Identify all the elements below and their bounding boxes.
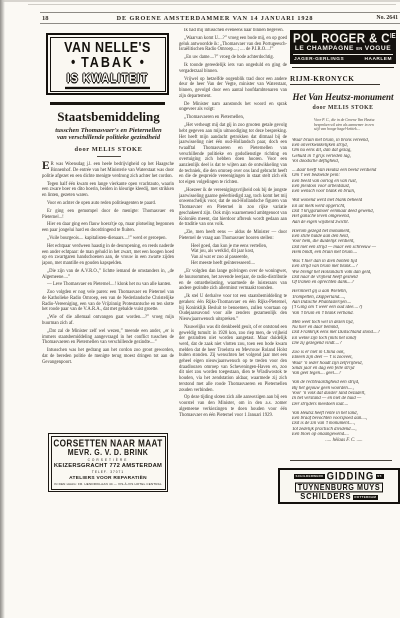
pol-roger-name: POL ROGER & CIE [293,32,393,46]
article-paragraph: Er ging een gemompel door de menigte: Th… [42,209,174,220]
poem-intro: Voor P. C., die in de Groene Van Heutszb… [314,118,396,132]
page-number: 18 [42,15,76,22]
poem-byline: door MELIS STOKE [290,105,396,111]
body-paragraph: „Het verheugt mij dat gij in zoo grooten… [179,123,287,186]
gidding-name: GIDDING [327,471,375,482]
corsetten-subtitle: CORSETIÈRE [53,458,164,462]
article-paragraph-first-text: R was Woensdag j.l. een heele bedrijvigh… [42,162,174,178]
pol-roger-dealer-strip: JAGER-GERLINGS HAARLEM [293,54,393,64]
middle-paragraphs-before: Ik had mij intusschen eveneens naar binn… [179,28,287,242]
body-paragraph: „En uw dame....?” vroeg de bode achterdo… [179,55,287,61]
corsetten-ad: CORSETTEN NAAR MAAT MEVR. G. V. D. BRINK… [48,433,168,492]
van-nelle-line3: IS KWALITEIT [65,71,150,88]
article-subtitle: tusschen Thomasvaer's en Pieternellen va… [42,127,175,142]
masthead: 18 DE GROENE AMSTERDAMMER VAN 14 JANUARI… [40,12,400,24]
corsetten-phone: TELEF. 37071 [53,470,164,474]
poem-stanzas: Waar bruin met bruin, in brons vereend,E… [292,138,396,438]
pol-roger-tagline: LE CHAMPAGNE EN VOGUE [293,45,393,52]
section-divider [50,102,165,105]
pol-roger-tagline-c: VOGUE [365,45,391,52]
article-paragraph-first: ER was Woensdag j.l. een heele bedrijvig… [42,162,174,179]
pol-roger-dealer: JAGER-GERLINGS [294,57,344,62]
body-paragraph: „Ik stel U derhalve voor tot een staatsb… [179,294,287,323]
right-column: POL ROGER & CIE LE CHAMPAGNE EN VOGUE JA… [290,28,396,461]
van-nelle-ad-frame: VAN NELLE'S ● TABAK ● IS KWALITEIT [50,37,166,92]
gidding-row3: SCHILDERS ROTTERDAM [282,493,396,501]
article-paragraph: Zoo volgden er nog vele paren: een Thoma… [42,290,174,313]
scan-border-line [28,4,396,5]
article-byline: door MELIS STOKE [42,146,175,153]
article-paragraphs: Tegen half één kwam een lange vierkante … [42,182,174,366]
corsetten-ateliers: ATELIERS VOOR REPARATIËN [53,476,164,481]
poem-intro-line: stijl van hooge hagel-kritiek.... [314,127,396,132]
article-paragraph: — Leve Thomasvaer en Pieternel....! klon… [42,282,174,288]
middle-paragraphs-after: „Er volgden dan lange golvingen over de … [179,269,287,418]
article-paragraph: Intusschen was het gedrang aan het cordo… [42,348,174,365]
body-paragraph: Ik toonde gereedelijk iets van ongeduld … [179,63,287,74]
body-paragraph: Ik had mij intusschen eveneens naar binn… [179,28,287,34]
gidding-city-chip: ROTTERDAM [353,495,378,500]
corsetten-headline: CORSETTEN NAAR MAAT [53,438,164,449]
body-paragraph: De Minister nam aanstonds het woord en s… [179,102,287,113]
poem-body: Waar bruin met bruin, in brons vereend,E… [290,138,396,456]
van-nelle-line1: VAN NELLE'S [53,38,163,55]
article-title: Staatsbemiddeling [42,110,175,124]
body-paragraph: „Er volgden dan lange golvingen over de … [179,269,287,292]
pol-roger-sup: IE [390,33,396,40]
article-subtitle-line2: van verschillende politieke gezindheid [42,134,175,141]
article-paragraph: Hier en daar ging een flauw hoera'tje op… [42,222,174,233]
body-paragraph: „Zie, men heeft eens — aldus de Minister… [179,230,287,241]
left-column: VAN NELLE'S ● TABAK ● IS KWALITEIT Staat… [42,30,175,445]
newspaper-title: DE GROENE AMSTERDAMMER VAN 14 JANUARI 19… [76,15,354,22]
article-paragraph: „Wie of die allemaal ontvangen gaat word… [42,315,174,326]
corsetten-name: MEVR. G. V. D. BRINK [53,449,164,457]
article-subtitle-line1: tusschen Thomasvaer's en Pieternellen [42,127,175,134]
article-paragraph: Het echtpaar verdween haastig in de deur… [42,244,174,267]
gidding-ad: SCHILDERWERK GIDDING ST. TUYNENBURG MUYS… [278,468,400,504]
pol-roger-tagline-b: EN [356,46,362,51]
body-paragraph: Nauwelijks was dit denkbeeld geuit, of e… [179,325,287,393]
pol-roger-city: HAARLEM [365,57,392,62]
rubric-heading: RIJM-KRONYCK [290,75,380,86]
poem-title: Het Van Heutsz-monument [290,92,396,102]
body-paragraph: „Thomasvaeren en Pieternellen, [179,115,287,121]
pol-roger-name-text: POL ROGER & C [293,32,390,46]
ad-underline [292,67,394,68]
gidding-row1: SCHILDERWERK GIDDING ST. [282,472,396,482]
article-paragraph: „Dat zal de Minister zelf wel wezen,” me… [42,329,174,346]
article-body: ER was Woensdag j.l. een heele bedrijvig… [42,161,175,445]
scan-edge-top [0,0,400,2]
article-paragraph: Voor en achter de open auto reden politi… [42,201,174,207]
pol-roger-ad: POL ROGER & CIE LE CHAMPAGNE EN VOGUE JA… [290,30,396,64]
article-paragraph: „Vuile bourgeois.... kapitalisten-dienaa… [42,236,174,242]
corsetten-ad-frame: CORSETTEN NAAR MAAT MEVR. G. V. D. BRINK… [51,436,166,490]
gidding-chip-left: SCHILDERWERK [294,474,325,479]
pol-roger-tagline-a: LE CHAMPAGNE [295,45,354,52]
bullet-icon: ● [139,56,144,67]
corsetten-address: KEIZERSGRACHT 772 AMSTERDAM [53,463,164,469]
gidding-chip-right: ST. [376,474,384,479]
van-nelle-tabak: TABAK [81,53,134,70]
scan-edge-left [0,0,5,618]
van-nelle-ad: VAN NELLE'S ● TABAK ● IS KWALITEIT [46,33,169,95]
body-paragraph: „Hoezeer ik de vereenigingsvrijheid ook … [179,188,287,228]
van-nelle-line2: ● TABAK ● [53,53,163,70]
newspaper-page: 18 DE GROENE AMSTERDAMMER VAN 14 JANUARI… [0,0,400,618]
gidding-trade: SCHILDERS [300,493,351,501]
bullet-icon: ● [71,56,76,67]
column-rule [290,460,392,461]
article-paragraph: „Die zijn van de A.V.R.O.,” lichtte iema… [42,269,174,280]
corsetten-footer: IN DEN HAAG: FR. HENDRIKLAAN 44 — VIS-À-… [53,482,164,486]
dropcap: E [42,162,50,172]
poem-line: Een bloei op onaangewend.... [292,432,396,437]
verse-block: Heel goed, dan kun je me eens vertellen,… [191,244,287,267]
byline-rule [97,156,121,157]
middle-column: Ik had mij intusschen eveneens naar binn… [179,28,287,502]
issue-number: No. 2641 [354,15,398,21]
article-paragraph: Tegen half één kwam een lange vierkante … [42,182,174,199]
verse-line: Het meeste heeft geïnteresseerd.... [191,261,287,267]
body-paragraph: Vrijwel op hetzelfde oogenblik trad door… [179,77,287,100]
body-paragraph: Op deze tijding sloten zich alle aanwezi… [179,395,287,418]
poem-signature: ..... hèlaas F. C. ..... [292,438,396,443]
body-paragraph: „Waarvan komt U....?” vroeg een bode mij… [179,36,287,53]
